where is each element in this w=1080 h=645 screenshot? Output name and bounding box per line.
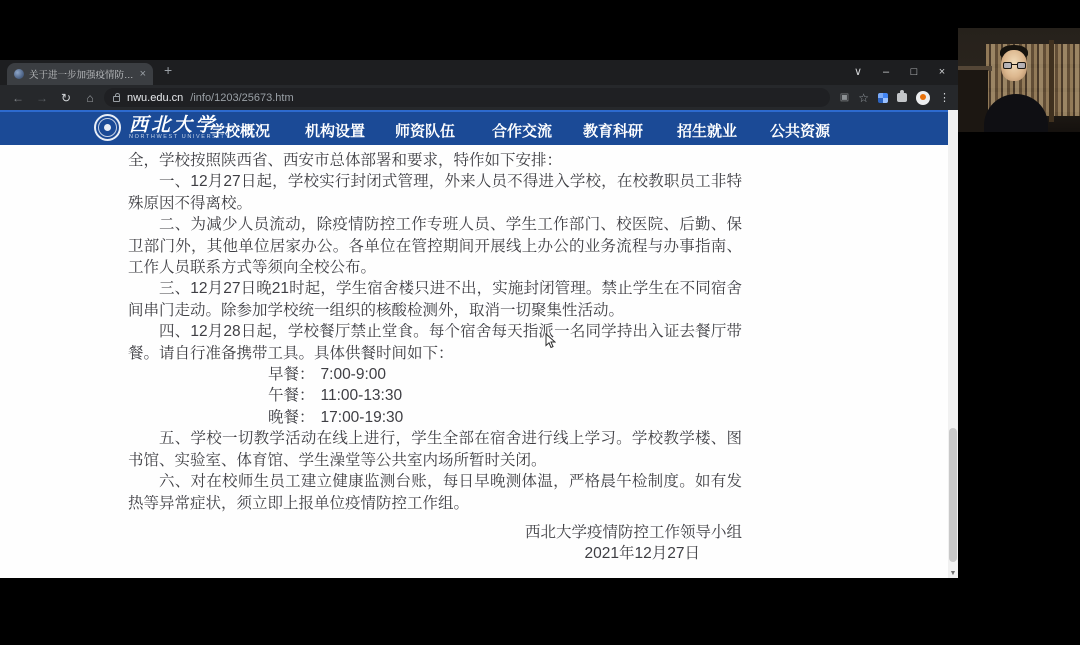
- paragraph: 三、12月27日晚21时起，学生宿舍楼只进不出，实施封闭管理。禁止学生在不同宿舍…: [128, 278, 742, 321]
- close-icon[interactable]: ×: [928, 60, 956, 85]
- window-controls: ∨ – □ ×: [844, 60, 956, 85]
- scrollbar-down-icon[interactable]: ▼: [948, 569, 958, 578]
- browser-menu-icon[interactable]: ⋮: [939, 91, 950, 104]
- nav-item-research[interactable]: 教育科研: [583, 120, 643, 141]
- meal-label: 午餐：: [268, 387, 315, 404]
- page-scrollbar[interactable]: ▼: [948, 110, 958, 578]
- glasses-right-lens: [1017, 62, 1026, 69]
- paragraph: 五、学校一切教学活动在线上进行，学生全部在宿舍进行线上学习。学校教学楼、图书馆、…: [128, 428, 742, 471]
- paragraph: 四、12月28日起，学校餐厅禁止堂食。每个宿舍每天指派一名同学持出入证去餐厅带餐…: [128, 321, 742, 364]
- page-content: 全，学校按照陕西省、西安市总体部署和要求，特作如下安排： 一、12月27日起，学…: [0, 145, 948, 578]
- extensions-puzzle-icon[interactable]: [897, 93, 907, 102]
- meal-label: 晚餐：: [268, 409, 315, 426]
- meal-time: 7:00-9:00: [321, 366, 387, 383]
- browser-toolbar: ← → ↻ ⌂ nwu.edu.cn/info/1203/25673.htm ▣…: [0, 85, 958, 110]
- tab-close-icon[interactable]: ×: [140, 69, 146, 80]
- webcam-overlay: [958, 28, 1080, 132]
- meal-time: 17:00-19:30: [321, 409, 404, 426]
- side-panel-icon[interactable]: ▣: [840, 92, 849, 103]
- tab-title: 关于进一步加强疫情防控期间…: [29, 67, 135, 81]
- url-path: /info/1203/25673.htm: [190, 92, 293, 104]
- article: 全，学校按照陕西省、西安市总体部署和要求，特作如下安排： 一、12月27日起，学…: [128, 150, 742, 565]
- url-domain: nwu.edu.cn: [127, 92, 183, 104]
- mouse-cursor-icon: [545, 333, 556, 349]
- site-navbar: 西北大学 NORTHWEST UNIVERSITY 学校概况 机构设置 师资队伍…: [0, 110, 958, 145]
- lock-icon: [113, 96, 120, 102]
- bookmark-star-icon[interactable]: ☆: [858, 91, 869, 105]
- nav-item-cooperation[interactable]: 合作交流: [492, 120, 552, 141]
- meal-time-row: 晚餐：17:00-19:30: [268, 407, 742, 428]
- university-seal-icon: [94, 114, 121, 141]
- nav-item-admissions[interactable]: 招生就业: [677, 120, 737, 141]
- paragraph: 一、12月27日起，学校实行封闭式管理，外来人员不得进入学校，在校教职员工非特殊…: [128, 171, 742, 214]
- nav-buttons: ← → ↻ ⌂: [6, 85, 102, 110]
- signature-date: 2021年12月27日: [128, 543, 742, 564]
- new-tab-button[interactable]: +: [164, 62, 172, 78]
- nav-item-structure[interactable]: 机构设置: [305, 120, 365, 141]
- meal-time: 11:00-13:30: [321, 387, 403, 404]
- meal-time-row: 午餐：11:00-13:30: [268, 385, 742, 406]
- pinned-extension-icon[interactable]: [878, 93, 888, 103]
- browser-tab[interactable]: 关于进一步加强疫情防控期间… ×: [7, 63, 153, 85]
- maximize-icon[interactable]: □: [900, 60, 928, 85]
- nav-item-resources[interactable]: 公共资源: [770, 120, 830, 141]
- screen-share-stage: 关于进一步加强疫情防控期间… × + ∨ – □ × ← → ↻ ⌂ nwu.e…: [0, 0, 1080, 645]
- forward-icon[interactable]: →: [30, 91, 54, 105]
- glasses-left-lens: [1003, 62, 1012, 69]
- meal-time-row: 早餐：7:00-9:00: [268, 364, 742, 385]
- bookshelf-post: [1049, 40, 1054, 122]
- site-favicon-icon: [14, 69, 24, 79]
- reload-icon[interactable]: ↻: [54, 91, 78, 105]
- signature: 西北大学疫情防控工作领导小组: [128, 522, 742, 543]
- minimize-icon[interactable]: –: [872, 60, 900, 85]
- browser-window: 关于进一步加强疫情防控期间… × + ∨ – □ × ← → ↻ ⌂ nwu.e…: [0, 60, 958, 580]
- paragraph: 六、对在校师生员工建立健康监测台账，每日早晚测体温，严格晨午检制度。如有发热等异…: [128, 471, 742, 514]
- glasses: [1003, 62, 1026, 69]
- toolbar-actions: ▣ ☆ ⋮: [840, 85, 950, 110]
- paragraph: 全，学校按照陕西省、西安市总体部署和要求，特作如下安排：: [128, 150, 742, 171]
- back-icon[interactable]: ←: [6, 91, 30, 105]
- webcam-video: [958, 28, 1080, 132]
- nav-item-faculty[interactable]: 师资队伍: [395, 120, 455, 141]
- profile-avatar[interactable]: [916, 91, 930, 105]
- paragraph: 二、为减少人员流动，除疫情防控工作专班人员、学生工作部门、校医院、后勤、保卫部门…: [128, 214, 742, 278]
- tab-bar: 关于进一步加强疫情防控期间… × + ∨ – □ ×: [0, 60, 958, 85]
- meal-label: 早餐：: [268, 366, 315, 383]
- address-bar[interactable]: nwu.edu.cn/info/1203/25673.htm: [104, 88, 830, 107]
- signature-block: 西北大学疫情防控工作领导小组 2021年12月27日: [128, 522, 742, 565]
- window-menu-icon[interactable]: ∨: [844, 60, 872, 85]
- nav-item-overview[interactable]: 学校概况: [210, 120, 270, 141]
- home-icon[interactable]: ⌂: [78, 91, 102, 105]
- scrollbar-thumb[interactable]: [949, 428, 957, 562]
